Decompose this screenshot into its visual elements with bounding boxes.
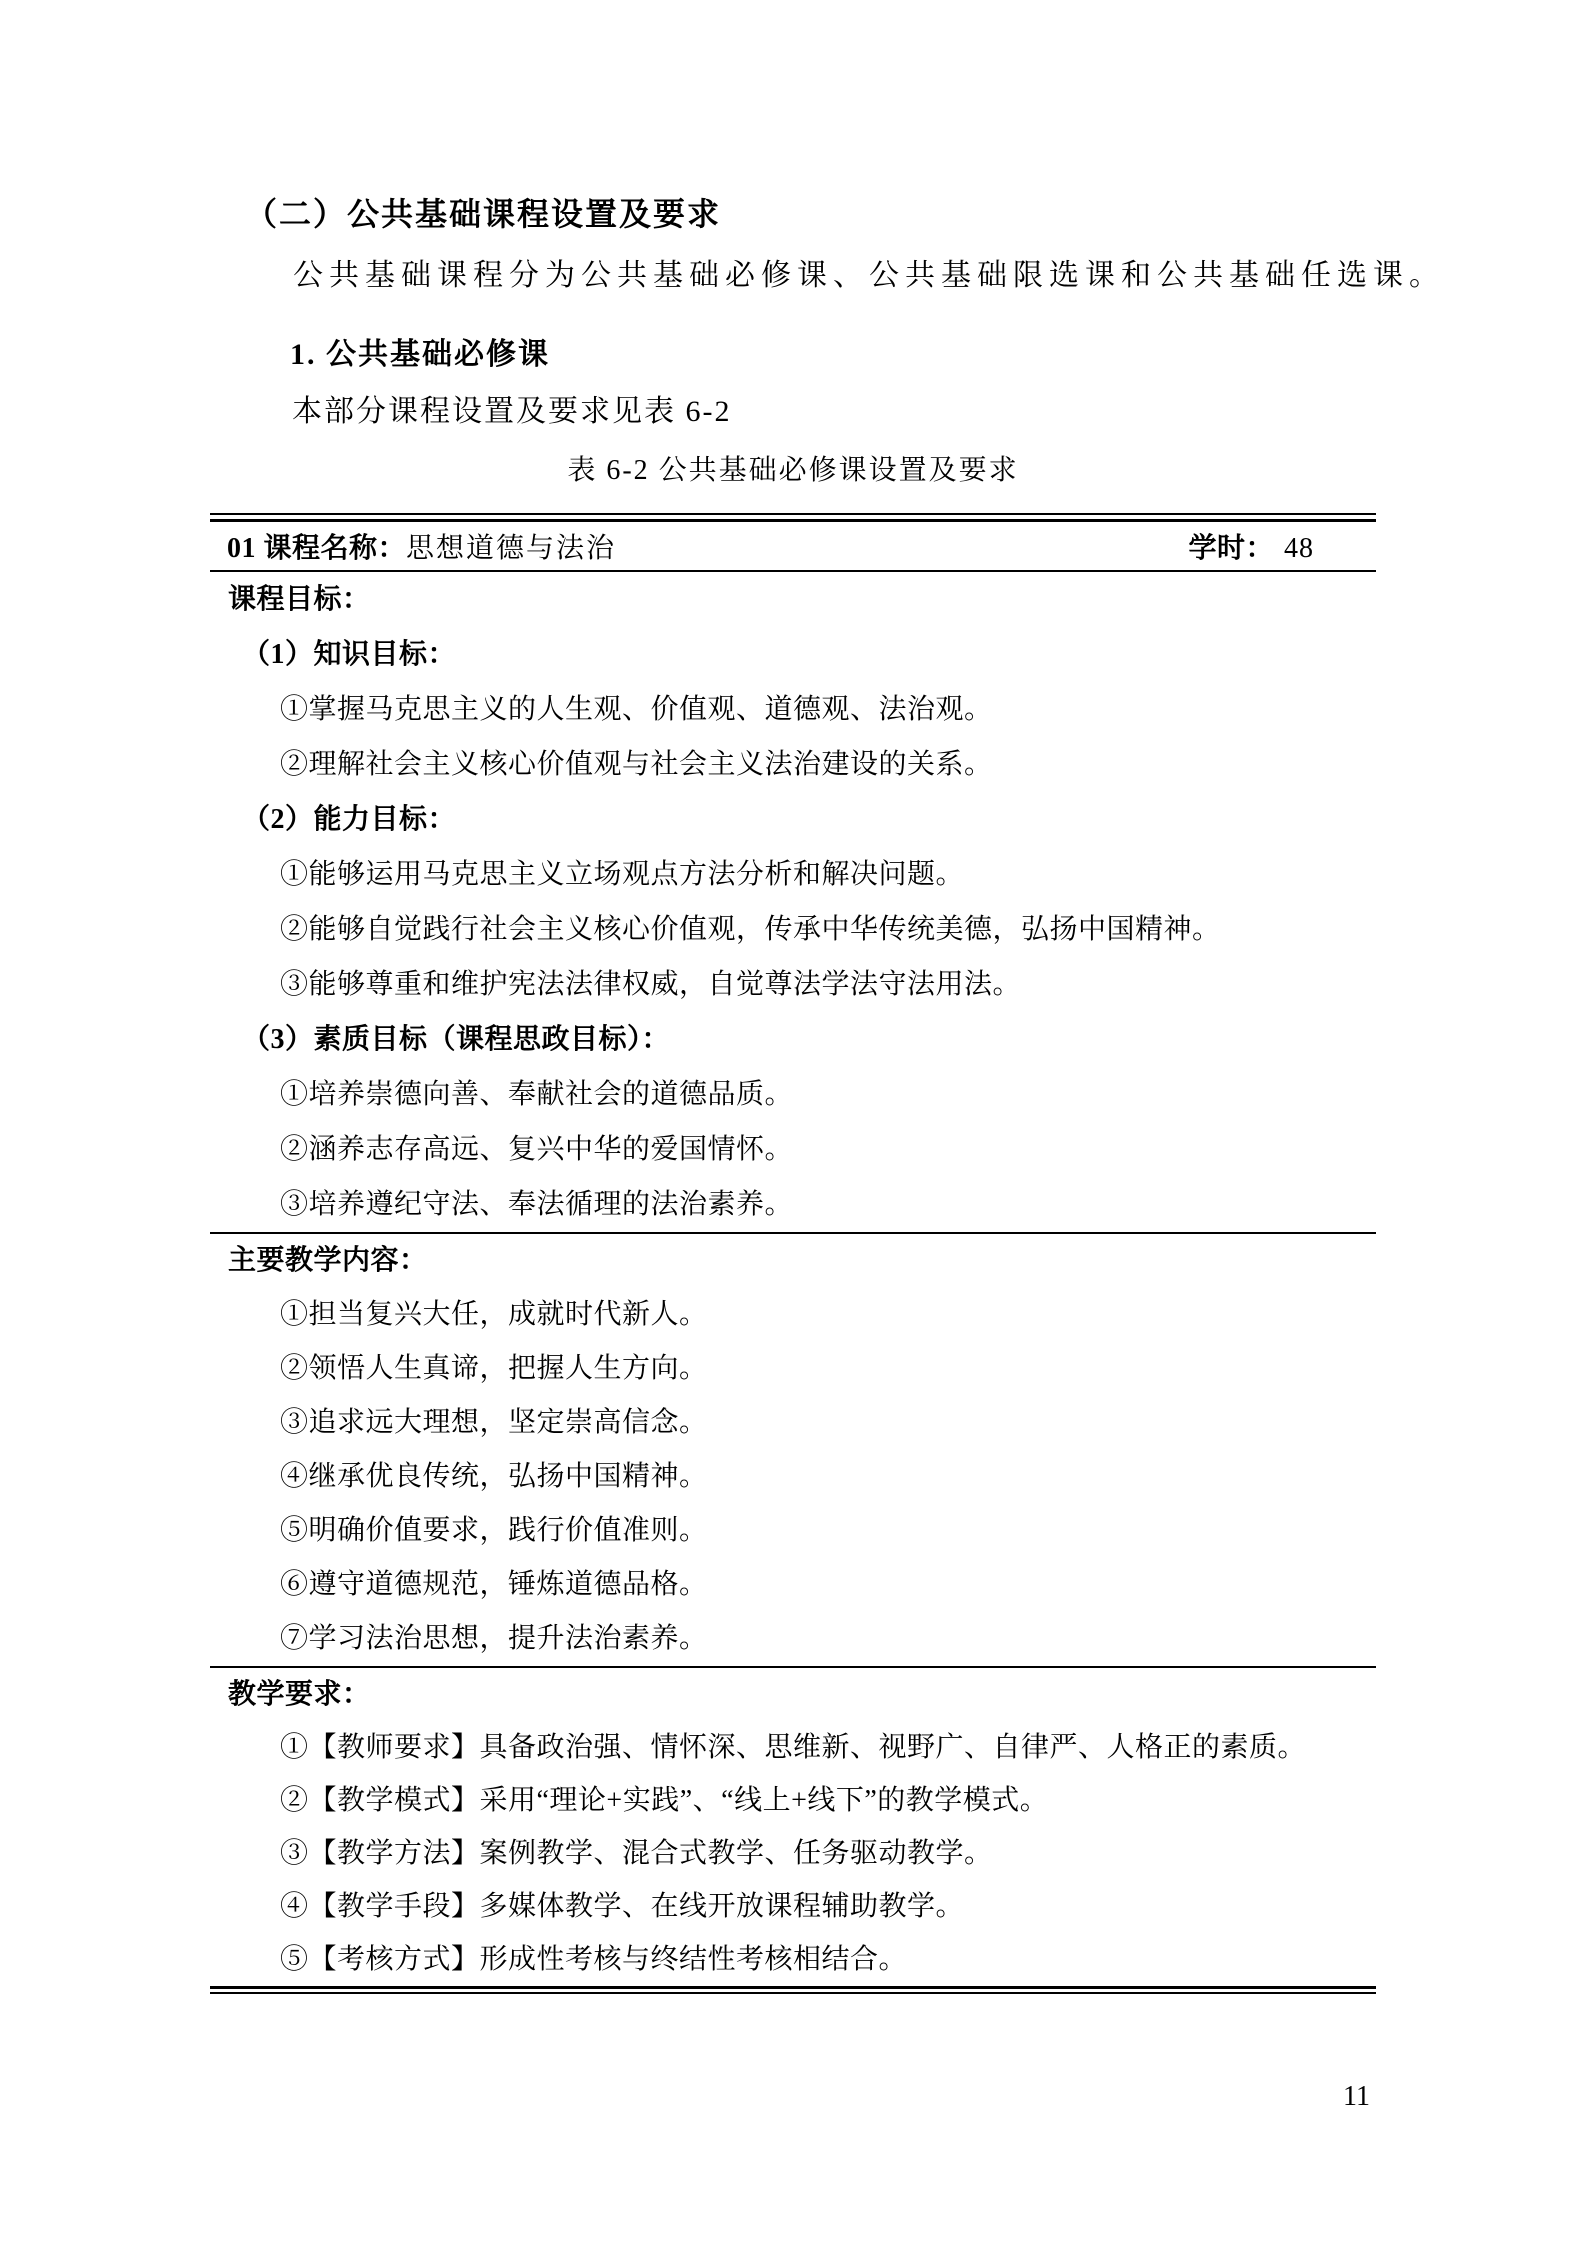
content-item: ②领悟人生真谛，把握人生方向。	[210, 1342, 1376, 1396]
section-title: 课程目标：	[210, 572, 1376, 627]
requirement-item: ①【教师要求】具备政治强、情怀深、思维新、视野广、自律严、人格正的素质。	[210, 1721, 1376, 1774]
course-objectives-section: 课程目标： （1）知识目标： ①掌握马克思主义的人生观、价值观、道德观、法治观。…	[210, 572, 1376, 1232]
objective-subtitle: （3）素质目标（课程思政目标）：	[210, 1012, 1376, 1067]
course-name-value: 思想道德与法治	[406, 533, 616, 564]
objective-item: ③能够尊重和维护宪法法律权威，自觉尊法学法守法用法。	[210, 957, 1376, 1012]
objective-subtitle: （2）能力目标：	[210, 792, 1376, 847]
teaching-content-section: 主要教学内容： ①担当复兴大任，成就时代新人。 ②领悟人生真谛，把握人生方向。 …	[210, 1234, 1376, 1666]
subsection-heading: 1. 公共基础必修课	[290, 336, 550, 374]
page-number: 11	[1290, 2080, 1370, 2114]
content-item: ⑤明确价值要求，践行价值准则。	[210, 1504, 1376, 1558]
course-table: 01 课程名称：思想道德与法治 学时：48 课程目标： （1）知识目标： ①掌握…	[210, 513, 1376, 1994]
objective-subtitle: （1）知识目标：	[210, 627, 1376, 682]
content-item: ⑥遵守道德规范，锤炼道德品格。	[210, 1558, 1376, 1612]
table-reference-line: 本部分课程设置及要求见表 6-2	[292, 393, 732, 431]
table-caption: 表 6-2 公共基础必修课设置及要求	[210, 453, 1376, 489]
objective-item: ②能够自觉践行社会主义核心价值观，传承中华传统美德，弘扬中国精神。	[210, 902, 1376, 957]
requirement-item: ⑤【考核方式】形成性考核与终结性考核相结合。	[210, 1933, 1376, 1986]
course-name-cell: 01 课程名称：思想道德与法治	[227, 526, 616, 566]
objective-item: ①培养崇德向善、奉献社会的道德品质。	[210, 1067, 1376, 1122]
content-item: ③追求远大理想，坚定崇高信念。	[210, 1396, 1376, 1450]
intro-paragraph: 公共基础课程分为公共基础必修课、公共基础限选课和公共基础任选课。	[293, 256, 1445, 296]
hours-value: 48	[1284, 533, 1314, 564]
document-page: （二）公共基础课程设置及要求 公共基础课程分为公共基础必修课、公共基础限选课和公…	[0, 0, 1587, 2245]
teaching-requirements-section: 教学要求： ①【教师要求】具备政治强、情怀深、思维新、视野广、自律严、人格正的素…	[210, 1668, 1376, 1986]
objective-item: ③培养遵纪守法、奉法循理的法治素养。	[210, 1177, 1376, 1232]
hours-cell: 学时：48	[1188, 526, 1314, 566]
requirement-item: ④【教学手段】多媒体教学、在线开放课程辅助教学。	[210, 1880, 1376, 1933]
objective-item: ①能够运用马克思主义立场观点方法分析和解决问题。	[210, 847, 1376, 902]
content-item: ①担当复兴大任，成就时代新人。	[210, 1288, 1376, 1342]
section-title: 主要教学内容：	[210, 1234, 1376, 1288]
section-heading: （二）公共基础课程设置及要求	[245, 194, 721, 234]
hours-label: 学时：	[1188, 533, 1274, 564]
requirement-item: ③【教学方法】案例教学、混合式教学、任务驱动教学。	[210, 1827, 1376, 1880]
table-border-bottom	[210, 1986, 1376, 1994]
table-border-top	[210, 513, 1376, 522]
content-item: ④继承优良传统，弘扬中国精神。	[210, 1450, 1376, 1504]
requirement-item: ②【教学模式】采用“理论+实践”、“线上+线下”的教学模式。	[210, 1774, 1376, 1827]
content-item: ⑦学习法治思想，提升法治素养。	[210, 1612, 1376, 1666]
course-no-label: 01 课程名称：	[227, 533, 406, 564]
section-title: 教学要求：	[210, 1668, 1376, 1721]
course-header-row: 01 课程名称：思想道德与法治 学时：48	[210, 522, 1376, 570]
objective-item: ②涵养志存高远、复兴中华的爱国情怀。	[210, 1122, 1376, 1177]
objective-item: ②理解社会主义核心价值观与社会主义法治建设的关系。	[210, 737, 1376, 792]
objective-item: ①掌握马克思主义的人生观、价值观、道德观、法治观。	[210, 682, 1376, 737]
